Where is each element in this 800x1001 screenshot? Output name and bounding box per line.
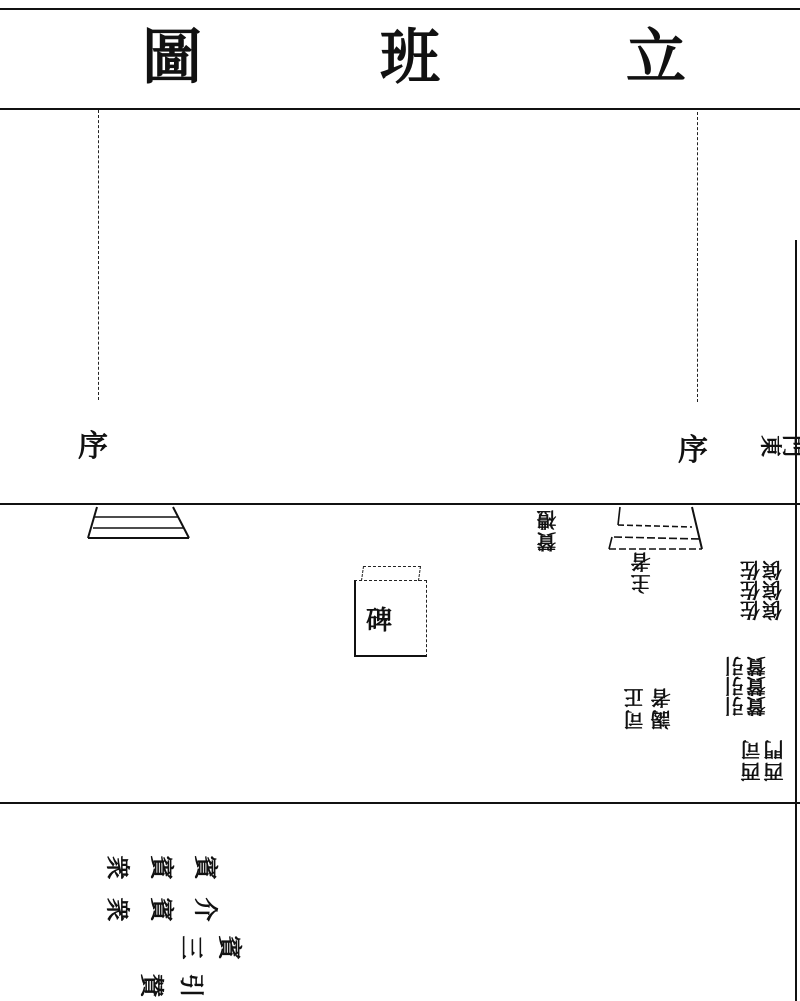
west-wing-label: 序 [78, 432, 108, 462]
guest-char-yin: 引 [177, 974, 212, 998]
title-char-2: 班 [380, 28, 440, 88]
stele-cap [361, 566, 421, 581]
guest-char-zan: 賛 [137, 974, 172, 998]
attendant-col: 賛引 賛引 賛引 [722, 656, 766, 716]
east-pillar-line [697, 112, 698, 402]
guest-char-bin3: 賓 [147, 898, 182, 922]
guest-char-bin4: 賓 [215, 936, 250, 960]
guest-char-zhong1: 衆 [103, 856, 138, 880]
title-char-1: 圖 [142, 28, 202, 88]
guest-char-bin1: 賓 [147, 856, 182, 880]
herald-label-1: 謁者 [652, 686, 672, 730]
assistant-3: 傧佐 [738, 560, 782, 580]
guest-char-bin2: 賓 [191, 856, 226, 880]
guest-char-jie: 介 [191, 898, 226, 922]
courtyard-bottom-rule [0, 802, 800, 804]
attendant-2: 賛引 [722, 676, 766, 696]
top-border [0, 8, 800, 10]
title-char-3: 立 [626, 28, 686, 88]
host-label: 主者 [632, 550, 652, 594]
side-char-2: 東 [757, 435, 783, 459]
west-steps [85, 505, 195, 545]
gate-label-2: 西司 [742, 738, 762, 782]
title-bottom-rule [0, 108, 800, 110]
assistant-col-1: 傧佐 傧佐 傧佐 [738, 560, 782, 620]
assistant-2: 傧佐 [738, 580, 782, 600]
right-border [795, 240, 797, 1001]
east-steps [606, 505, 706, 555]
east-wing-label: 序 [678, 436, 708, 466]
zanli-label: 賛禮 [538, 508, 558, 552]
guest-char-zhong2: 衆 [103, 898, 138, 922]
herald-label-2: 司正 [625, 686, 645, 730]
assistant-1: 傧佐 [738, 600, 782, 620]
guest-group: 衆 賓 賓 衆 賓 介 三 賓 賛 引 [108, 848, 258, 998]
east-gate-label: 門東 [759, 435, 800, 473]
stele-label: 碑 [366, 600, 392, 637]
gate-label-1: 西門 [765, 738, 785, 782]
attendant-3: 賛引 [722, 656, 766, 676]
guest-char-san: 三 [177, 936, 212, 960]
attendant-1: 賛引 [722, 696, 766, 716]
west-pillar-line [98, 110, 99, 400]
